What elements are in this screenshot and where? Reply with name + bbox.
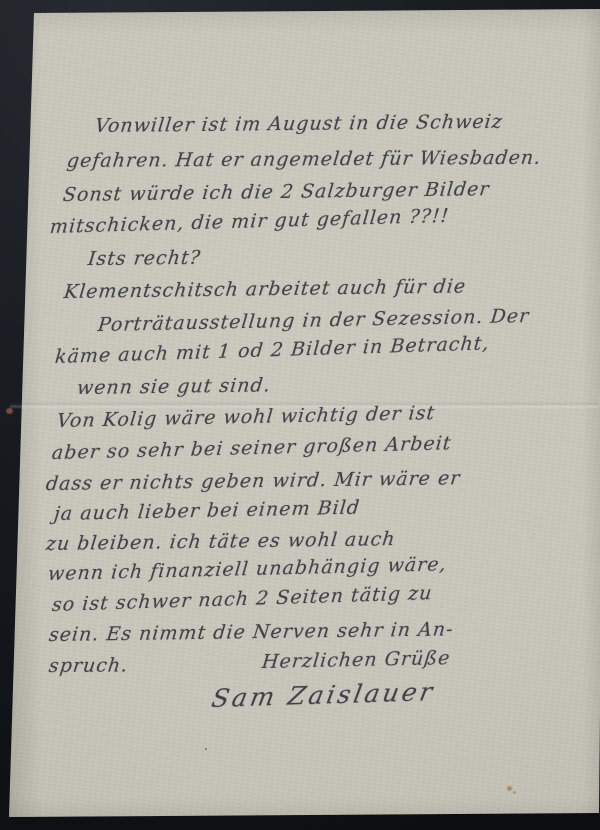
handwritten-line: Ists recht? <box>87 245 203 272</box>
handwritten-line: Vonwiller ist im August in die Schweiz <box>94 109 505 139</box>
handwritten-line: spruch. <box>47 652 129 679</box>
closing-salutation: Herzlichen Grüße <box>261 645 452 675</box>
paper-edge-blemish <box>6 408 13 414</box>
ink-speck <box>205 748 207 750</box>
handwritten-line: wenn sie gut sind. <box>76 372 273 401</box>
handwritten-line: zu bleiben. ich täte es wohl auch <box>45 526 397 557</box>
foxing-spot <box>513 791 516 794</box>
foxing-spot <box>507 786 512 791</box>
letter-photograph: Vonwiller ist im August in die Schweiz g… <box>0 0 600 830</box>
handwritten-line: gefahren. Hat er angemeldet für Wiesbade… <box>65 145 542 174</box>
